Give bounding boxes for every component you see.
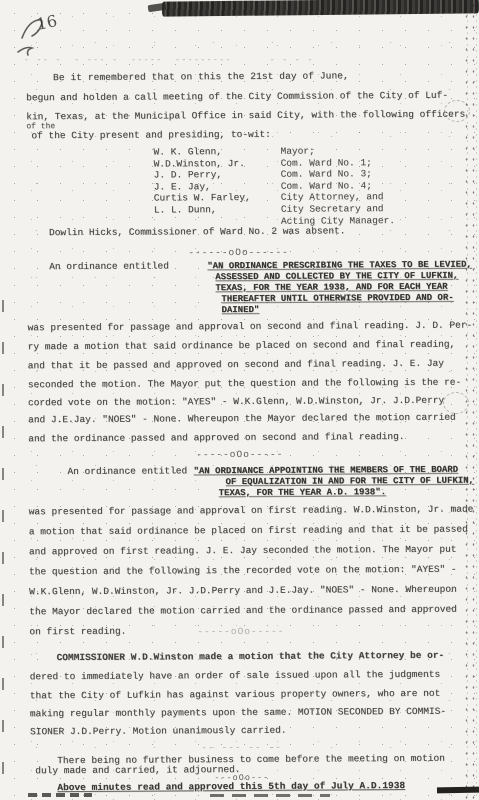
ordinance-title-line: ASSESSED AND COLLECTED BY THE CITY OF LU… <box>215 271 458 283</box>
officer-name: J. D. Perry, <box>154 169 281 181</box>
minutes-line: COMMISSIONER W.D.Winston made a motion t… <box>57 651 445 663</box>
officer-name: W.D.Winston, Jr. <box>154 157 281 169</box>
minutes-line: corded vote on the motion: "AYES" - W.K.… <box>28 396 444 409</box>
ordinance-title-line: OF EQUALIZATION IN AND FOR THE CITY OF L… <box>225 476 474 488</box>
minutes-line: SIONER J.D.Perry. Motion unanimously car… <box>30 726 287 738</box>
officer-name <box>154 223 281 224</box>
officer-name: W. K. Glenn, <box>153 146 280 158</box>
minutes-line: ry made a motion that said ordinance be … <box>28 340 456 353</box>
officer-title: Com. Ward No. 3; <box>281 168 372 180</box>
minutes-line: a motion that said ordinance be placed o… <box>29 525 468 538</box>
minutes-line: of the City present and presiding, to-wi… <box>31 130 271 141</box>
officers-list: W. K. Glenn,Mayor; W.D.Winston, Jr.Com. … <box>153 145 395 228</box>
absent-line: Dowlin Hicks, Commissioner of Ward No. 2… <box>49 226 346 238</box>
officer-title: City Attorney, and <box>281 191 384 203</box>
minutes-line: making regular monthly payments upon the… <box>30 707 446 720</box>
ordinance-title-line: DAINED" <box>221 305 259 316</box>
minutes-line: begun and holden a call meeting of the C… <box>26 91 448 104</box>
scan-smudge-bottom-center <box>210 794 330 797</box>
minutes-line: the Mayor declared the motion carried an… <box>29 605 457 618</box>
minutes-line: seconded the motion. The Mayor put the q… <box>28 378 461 391</box>
section-separator: ------oOo------ <box>0 246 478 260</box>
minutes-line: was presented for passage and approval o… <box>28 321 473 334</box>
officer-title: Com. Ward No. 1; <box>281 157 372 169</box>
officer-title: Com. Ward No. 4; <box>281 180 372 192</box>
scan-smudge-bottom-left <box>28 793 92 797</box>
officer-name: J. E. Jay, <box>154 181 281 193</box>
minutes-line: was presented for passage and approval o… <box>29 505 474 518</box>
ordinance-title-line: TEXAS, FOR THE YEAR 1938, AND FOR EACH Y… <box>215 282 447 294</box>
ordinance-title-line: THEREAFTER UNTIL OTHERWISE PROVIDED AND … <box>221 293 453 305</box>
section-separator: -----oOo----- <box>1 625 479 639</box>
officer-name: Curtis W. Farley, <box>154 192 281 204</box>
scanned-minutes-page: 16 - -- - - --- - ----- --------- - - - … <box>0 0 479 800</box>
minutes-line: that the City of Lufkin has against vari… <box>30 689 441 702</box>
document-body: Be it remembered that on this the 21st d… <box>0 0 479 800</box>
minutes-line: and J.E.Jay. "NOES" - None. Whereupon th… <box>28 413 456 426</box>
minutes-line: W.K.Glenn, W.D.Winston, Jr. J.D.Perry an… <box>29 585 457 598</box>
minutes-line: and that it be passed and approved on se… <box>28 359 444 372</box>
ordinance-title-line: TEXAS, FOR THE YEAR A.D. 1938". <box>219 487 386 499</box>
officer-title: City Secretary and <box>281 203 384 215</box>
ordinance-lead-in: An ordinance entitled <box>67 466 187 477</box>
minutes-line: and approved on first reading. J. E. Jay… <box>29 545 457 558</box>
minutes-line: Be it remembered that on this the 21st d… <box>53 71 349 83</box>
minutes-line: the question and the following is the re… <box>29 565 457 578</box>
officer-name: L. L. Dunn, <box>154 204 281 216</box>
section-separator: -----oOo----- <box>0 448 479 462</box>
minutes-line: and the ordinance passed and approved on… <box>28 432 404 444</box>
officer-title: Mayor; <box>280 146 314 157</box>
closing-line: Above minutes read and approved this 5th… <box>57 781 405 793</box>
minutes-line: kin, Texas, at the Municipal Office in s… <box>26 110 465 123</box>
ordinance-lead-in: An ordinance entitled <box>49 261 169 272</box>
scan-smudge-bottom-right <box>437 787 479 794</box>
minutes-line: dered to immediately have an order of sa… <box>30 670 441 683</box>
